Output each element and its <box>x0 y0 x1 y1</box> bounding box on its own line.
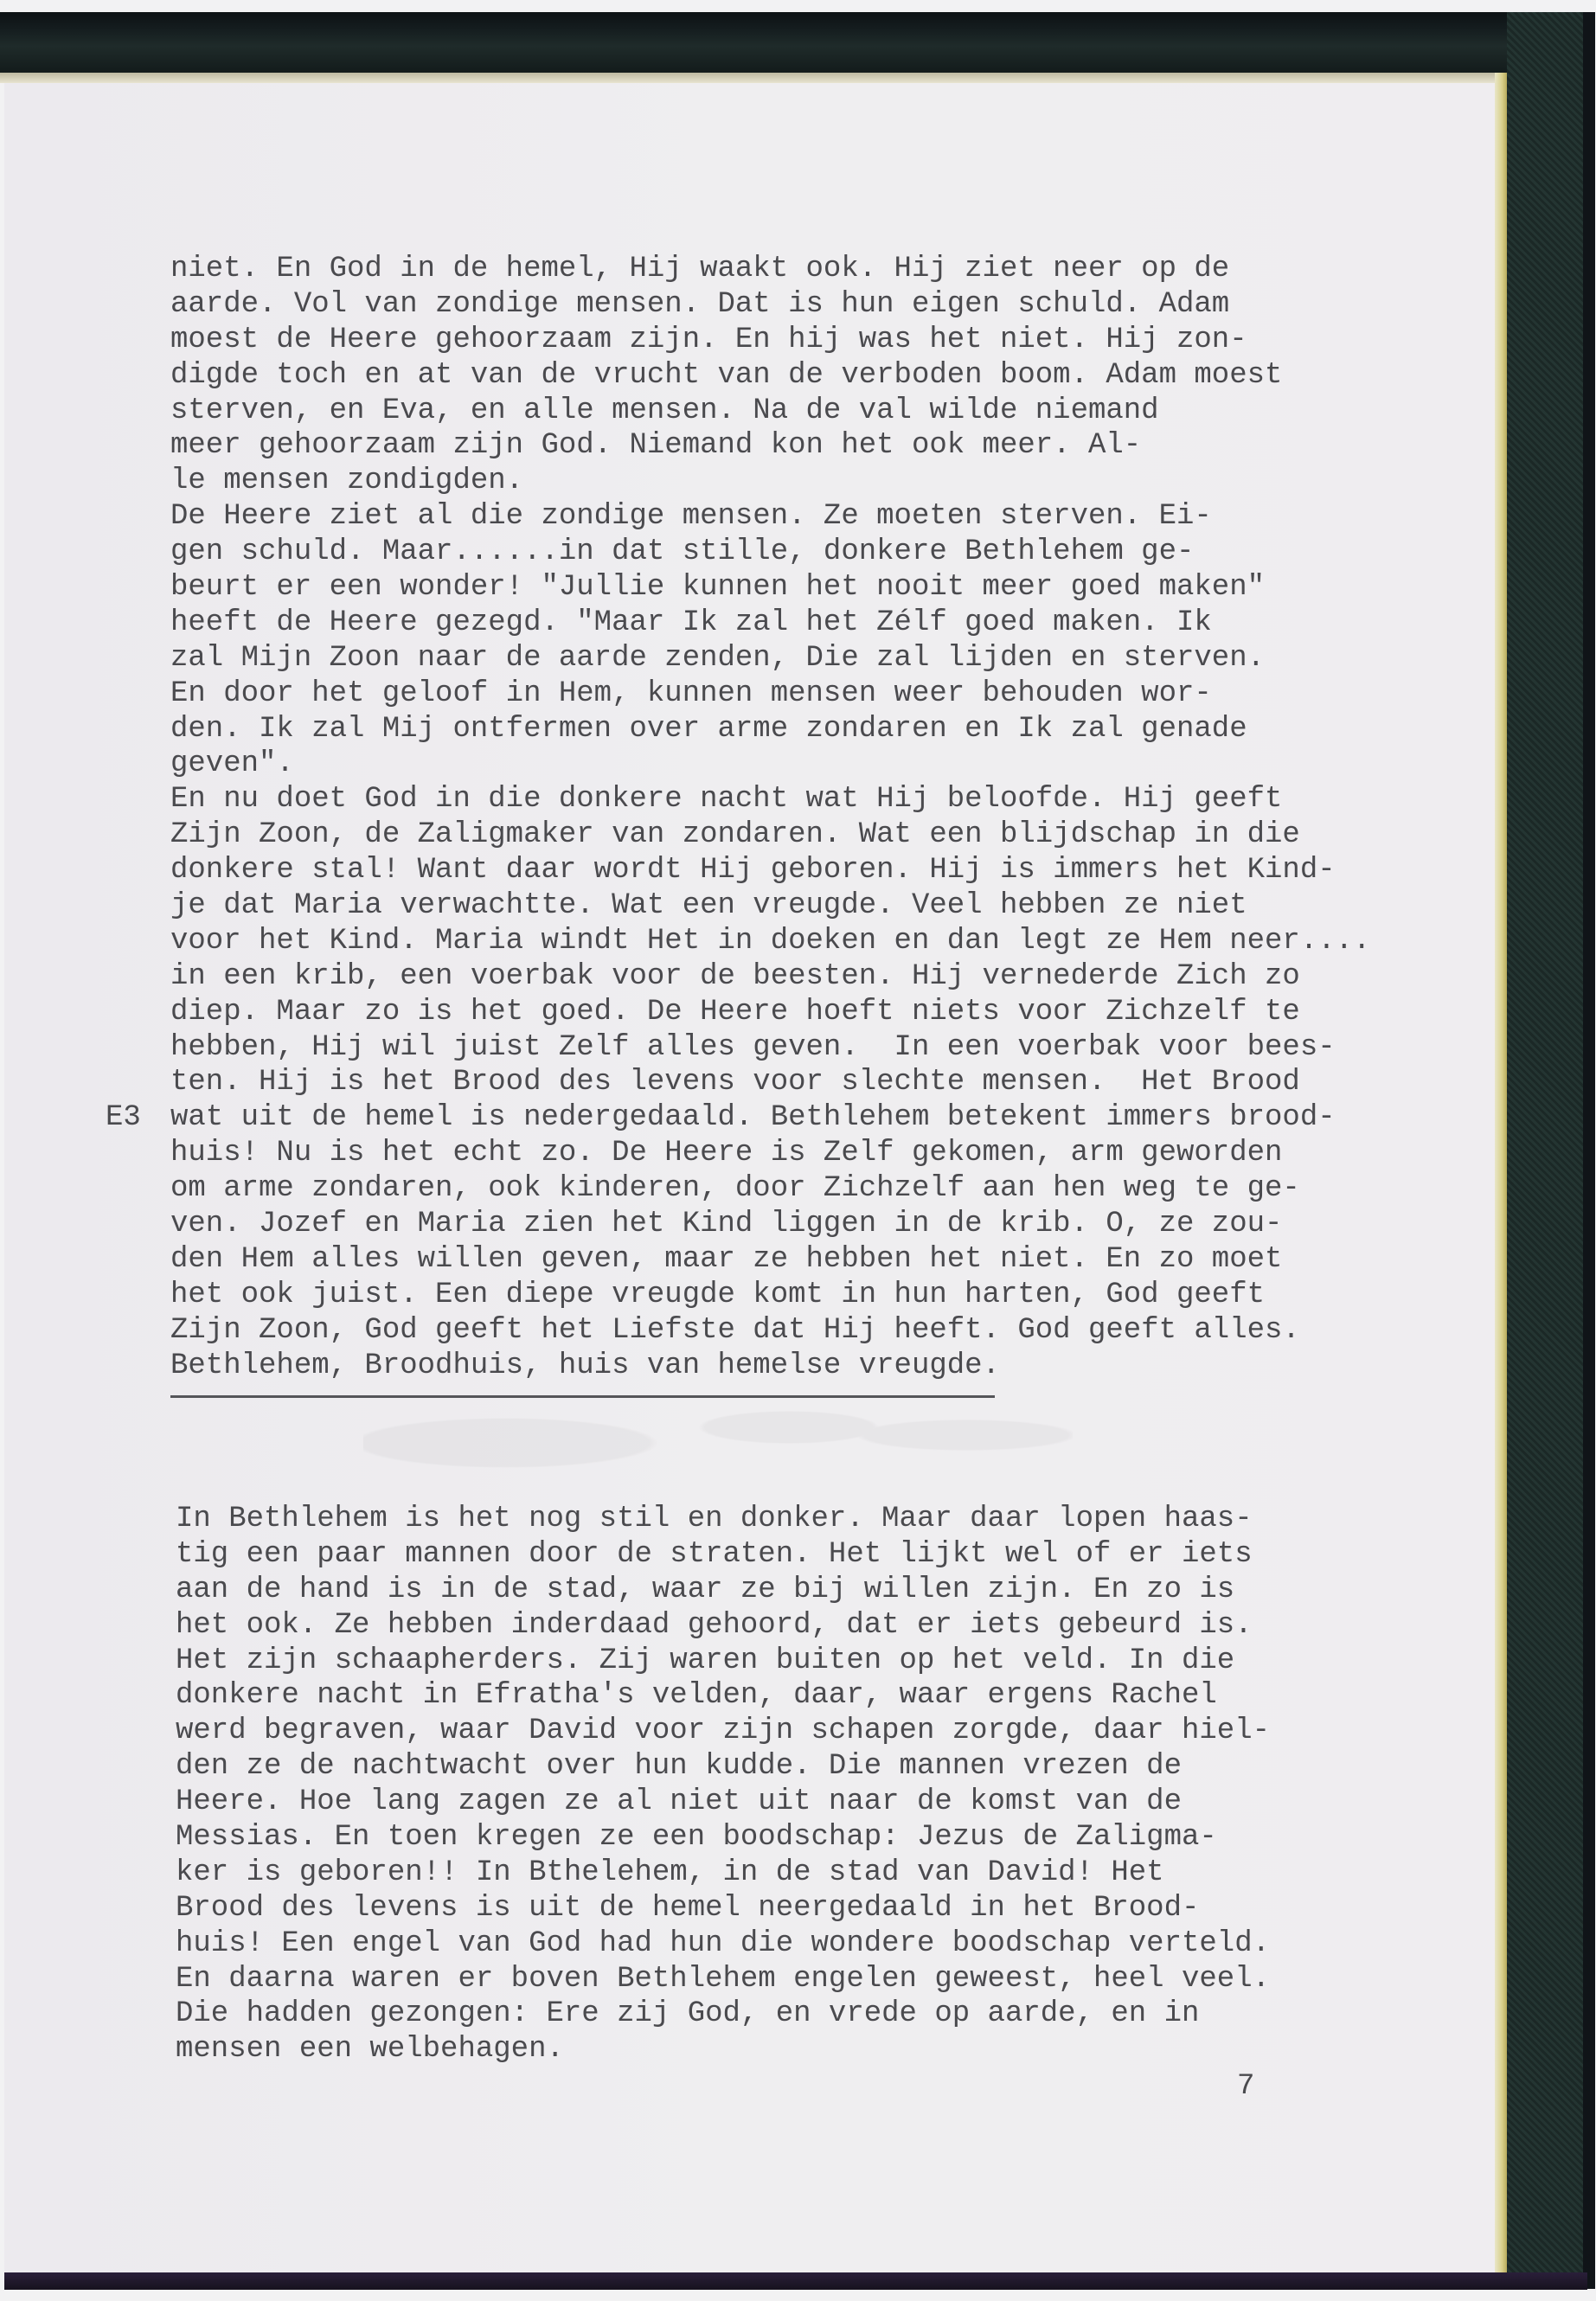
text-line: En nu doet God in die donkere nacht wat … <box>170 782 1370 817</box>
text-line: den ze de nachtwacht over hun kudde. Die… <box>176 1749 1270 1785</box>
margin-marker: E3 <box>106 1100 141 1136</box>
book-cover-bottom-edge <box>4 2272 1587 2290</box>
text-line: donkere stal! Want daar wordt Hij gebore… <box>170 853 1370 888</box>
text-line: het ook juist. Een diepe vreugde komt in… <box>170 1278 1370 1313</box>
text-line: En door het geloof in Hem, kunnen mensen… <box>170 676 1370 712</box>
text-section-1: niet. En God in de hemel, Hij waakt ook.… <box>170 252 1370 1384</box>
text-line: gen schuld. Maar......in dat stille, don… <box>170 535 1370 570</box>
text-line: heeft de Heere gezegd. "Maar Ik zal het … <box>170 606 1370 641</box>
text-line: aan de hand is in de stad, waar ze bij w… <box>176 1573 1270 1608</box>
text-line: Zijn Zoon, de Zaligmaker van zondaren. W… <box>170 817 1370 853</box>
text-line: Brood des levens is uit de hemel neerged… <box>176 1891 1270 1926</box>
page-number: 7 <box>1237 2069 1254 2104</box>
text-line: In Bethlehem is het nog stil en donker. … <box>176 1502 1270 1537</box>
text-line: zal Mijn Zoon naar de aarde zenden, Die … <box>170 641 1370 676</box>
book-cover-spine-edge <box>1507 12 1595 2289</box>
text-line: huis! Nu is het echt zo. De Heere is Zel… <box>170 1136 1370 1171</box>
text-line: En daarna waren er boven Bethlehem engel… <box>176 1962 1270 1997</box>
text-line: Heere. Hoe lang zagen ze al niet uit naa… <box>176 1785 1270 1820</box>
text-line: donkere nacht in Efratha's velden, daar,… <box>176 1678 1270 1714</box>
text-line: moest de Heere gehoorzaam zijn. En hij w… <box>170 323 1370 358</box>
text-line: ten. Hij is het Brood des levens voor sl… <box>170 1065 1370 1100</box>
text-line: ven. Jozef en Maria zien het Kind liggen… <box>170 1207 1370 1242</box>
text-line: werd begraven, waar David voor zijn scha… <box>176 1714 1270 1749</box>
text-line: Bethlehem, Broodhuis, huis van hemelse v… <box>170 1349 1370 1384</box>
page-gilt-edge <box>1495 73 1507 2272</box>
text-line: Messias. En toen kregen ze een boodschap… <box>176 1820 1270 1856</box>
text-line: wat uit de hemel is nedergedaald. Bethle… <box>170 1100 1370 1136</box>
text-line: tig een paar mannen door de straten. Het… <box>176 1537 1270 1573</box>
text-line: diep. Maar zo is het goed. De Heere hoef… <box>170 995 1370 1030</box>
text-line: mensen een welbehagen. <box>176 2032 1270 2067</box>
text-line: ker is geboren!! In Bthelehem, in de sta… <box>176 1856 1270 1891</box>
book-cover-top-edge <box>0 12 1583 74</box>
text-line: Die hadden gezongen: Ere zij God, en vre… <box>176 1997 1270 2032</box>
text-line: le mensen zondigden. <box>170 464 1370 499</box>
text-line: den Hem alles willen geven, maar ze hebb… <box>170 1242 1370 1278</box>
text-line: voor het Kind. Maria windt Het in doeken… <box>170 924 1370 959</box>
text-line: sterven, en Eva, en alle mensen. Na de v… <box>170 394 1370 429</box>
text-line: om arme zondaren, ook kinderen, door Zic… <box>170 1171 1370 1207</box>
text-line: geven". <box>170 747 1370 782</box>
text-line: hebben, Hij wil juist Zelf alles geven. … <box>170 1030 1370 1066</box>
text-line: huis! Een engel van God had hun die wond… <box>176 1926 1270 1962</box>
closing-line-underline <box>170 1395 995 1398</box>
text-line: beurt er een wonder! "Jullie kunnen het … <box>170 570 1370 606</box>
text-line: meer gehoorzaam zijn God. Niemand kon he… <box>170 428 1370 464</box>
text-line: niet. En God in de hemel, Hij waakt ook.… <box>170 252 1370 287</box>
text-line: den. Ik zal Mij ontfermen over arme zond… <box>170 712 1370 747</box>
text-section-2: In Bethlehem is het nog stil en donker. … <box>176 1502 1270 2067</box>
page-top-edge <box>0 73 1507 83</box>
text-line: digde toch en at van de vrucht van de ve… <box>170 358 1370 394</box>
text-line: Het zijn schaapherders. Zij waren buiten… <box>176 1644 1270 1679</box>
text-line: in een krib, een voerbak voor de beesten… <box>170 959 1370 995</box>
text-line: Zijn Zoon, God geeft het Liefste dat Hij… <box>170 1313 1370 1349</box>
text-line: het ook. Ze hebben inderdaad gehoord, da… <box>176 1608 1270 1644</box>
text-line: je dat Maria verwachtte. Wat een vreugde… <box>170 888 1370 924</box>
text-line: De Heere ziet al die zondige mensen. Ze … <box>170 499 1370 535</box>
text-line: aarde. Vol van zondige mensen. Dat is hu… <box>170 287 1370 323</box>
